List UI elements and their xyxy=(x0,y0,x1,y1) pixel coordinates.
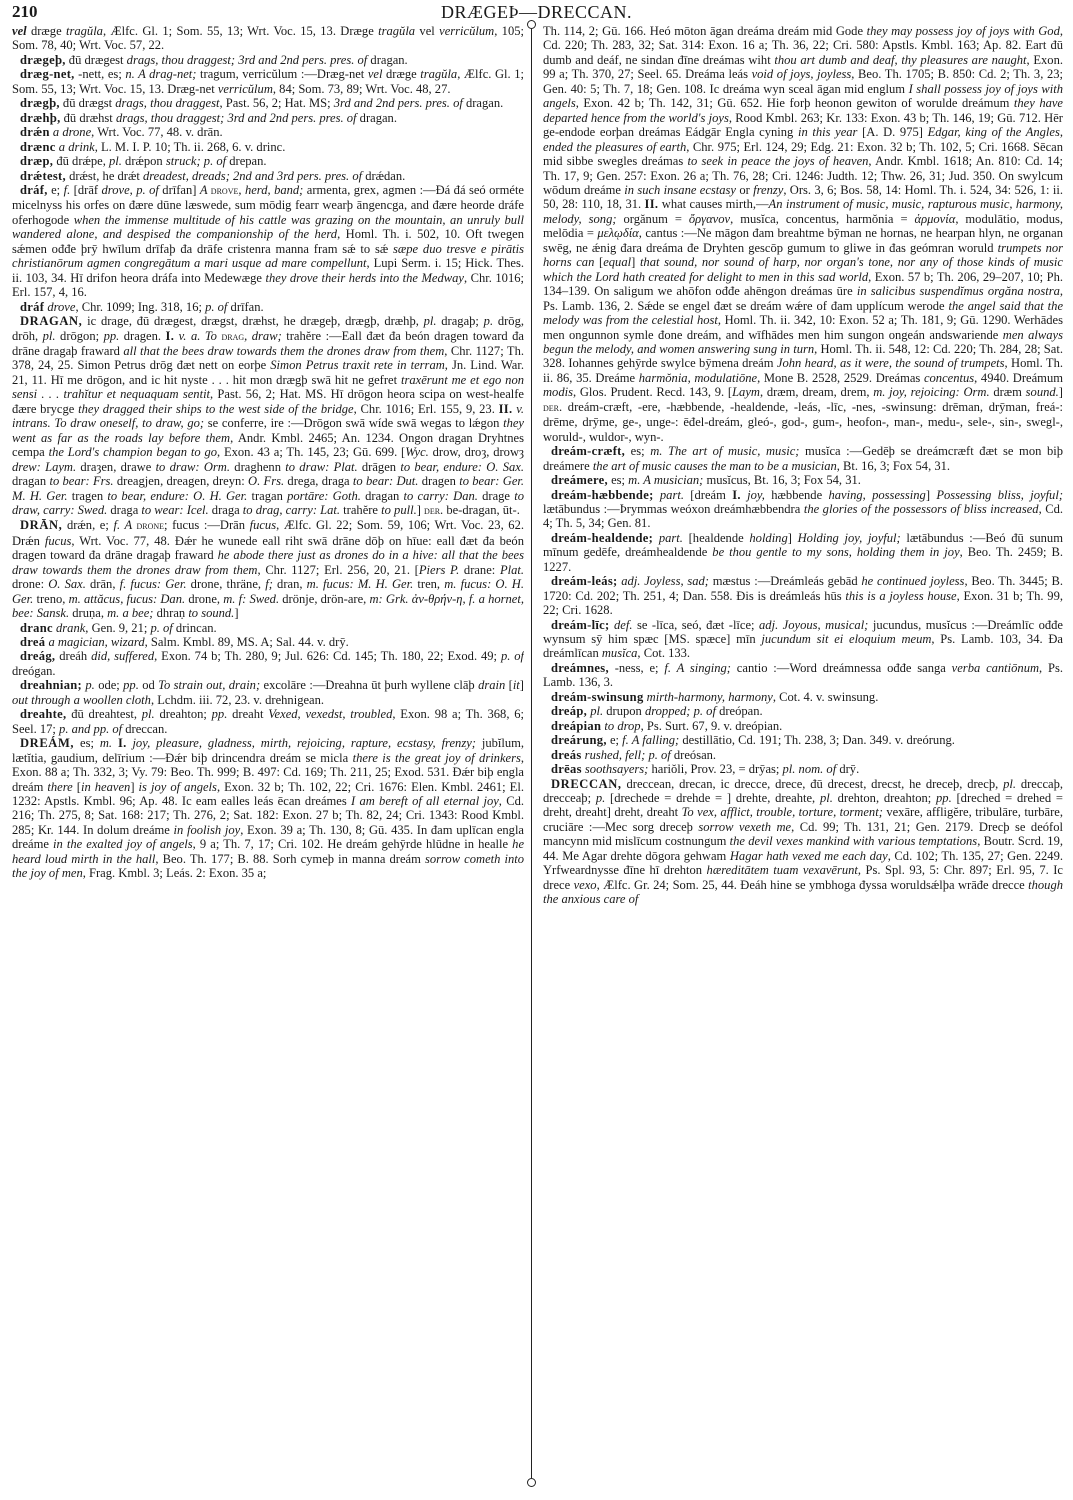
text: ] xyxy=(926,488,937,502)
dictionary-entry: dræp, đū drǽpe, pl. drǽpon struck; p. of… xyxy=(12,154,524,168)
italic-text: to pull. xyxy=(381,503,417,517)
italic-text: fucus xyxy=(250,518,277,532)
headword: dreám-līc; xyxy=(551,618,610,632)
italic-text: to bear, endure: O. H. Ger. xyxy=(107,489,247,503)
text: , Salm. Kmbl. 89, MS. A; Sal. 44. v. drȳ… xyxy=(145,635,349,649)
italic-text: to draw: Plat. xyxy=(285,460,357,474)
headword: dreápian xyxy=(551,719,601,733)
italic-text: Laym xyxy=(732,385,760,399)
text: -nett, es; xyxy=(75,67,126,81)
headword: dræg-net, xyxy=(20,67,75,81)
text: [A. D. 975] xyxy=(857,125,927,139)
italic-text: drew: Laym. xyxy=(12,460,76,474)
headword: dreá xyxy=(20,635,45,649)
text: drehton, dreahton; xyxy=(833,791,936,805)
headword: dráf xyxy=(20,300,44,314)
italic-text: portāre: Goth. xyxy=(287,489,361,503)
italic-text: part. xyxy=(653,531,683,545)
text: ; fucus :—Drān xyxy=(164,518,250,532)
dictionary-entry: dreáp, pl. drupon dropped; p. of dreópan… xyxy=(543,704,1063,718)
italic-text: dreadest, dreads; 2nd and 3rd pers. pres… xyxy=(143,169,362,183)
dictionary-entry: dreárung, e; f. A falling; destillātio, … xyxy=(543,733,1063,747)
italic-text: to bear: Dut. xyxy=(353,474,419,488)
headword: dranc xyxy=(20,621,53,635)
italic-text: to wear: Icel. xyxy=(141,503,208,517)
italic-text: drags, thou draggest xyxy=(115,96,219,110)
dictionary-entry: dreám-leás; adj. Joyless, sad; mæstus :—… xyxy=(543,574,1063,617)
text: , 84; Som. 73, 89; Wrt. Voc. 48, 27. xyxy=(273,82,451,96)
text: dran, xyxy=(273,577,307,591)
italic-text: holding xyxy=(749,531,787,545)
headword: dreahnian; xyxy=(20,678,82,692)
text: đū dræhst xyxy=(61,111,116,125)
dictionary-entry: dreám-cræft, es; m. The art of music, mu… xyxy=(543,444,1063,473)
italic-text: rushed, fell; p. of xyxy=(582,748,671,762)
text: ] xyxy=(520,678,524,692)
text: drupon xyxy=(603,704,645,718)
italic-text: f. A xyxy=(113,518,136,532)
dictionary-entry: dráf drove, Chr. 1099; Ing. 318, 16; p. … xyxy=(12,300,524,314)
italic-text: To vex, afflict, trouble, torture, torme… xyxy=(682,805,883,819)
italic-text: void of joys, joyless xyxy=(752,67,852,81)
text: destillātio, Cd. 191; Th. 238, 3; Dan. 3… xyxy=(679,733,955,747)
italic-text: p. xyxy=(596,791,605,805)
text: , L. M. I. P. 10; Th. ii. 268, 6. v. dri… xyxy=(95,140,286,154)
italic-text: a magician, wizard xyxy=(45,635,144,649)
headword: drǽtest, xyxy=(20,169,66,183)
text: , 4940. Dreámum xyxy=(974,371,1063,385)
text: , Ps. Surt. 67, 9. v. dreópian. xyxy=(641,719,783,733)
text: dragan. xyxy=(367,53,407,67)
italic-text: a drone xyxy=(50,125,91,139)
text: druṇa, xyxy=(69,606,107,620)
italic-text: pl. xyxy=(109,154,122,168)
text: dragen. xyxy=(119,329,165,343)
dictionary-entry: DRĀN, drǽn, e; f. A drone; fucus :—Drān … xyxy=(12,518,524,620)
headword: drægeþ, xyxy=(20,53,66,67)
text: dragaþ; xyxy=(437,314,484,328)
dictionary-entry: dreám-swinsung mirth-harmony, harmony, C… xyxy=(543,690,1063,704)
text: dhraṇ xyxy=(153,606,188,620)
text: , Ælfc. Gr. 24; Som. 25, 44. Đeáh hine s… xyxy=(597,878,1029,892)
small-caps-text: der xyxy=(424,505,440,517)
italic-text: m. A musician; xyxy=(628,473,703,487)
italic-text: drain xyxy=(478,678,505,692)
text: drow, droȝ, drowȝ xyxy=(429,445,524,459)
dictionary-entry: dráf, e; f. [drāf drove, p. of drīfan] A… xyxy=(12,183,524,300)
italic-text: Vexed, vexedst, troubled xyxy=(268,707,392,721)
text: drincan. xyxy=(173,621,217,635)
sense-number: I. xyxy=(732,488,741,502)
italic-text: in such insane ecstasy xyxy=(624,183,736,197)
italic-text: out through a woollen cloth xyxy=(12,693,151,707)
italic-text: to drop xyxy=(601,719,640,733)
dictionary-entry: drægeþ, đū drægest drags, thou draggest;… xyxy=(12,53,524,67)
text: ] xyxy=(234,606,238,620)
text: , Exon. 74 b; Th. 280, 9; Jul. 626: Cd. … xyxy=(154,649,501,663)
text: , Beo. Th. 177; B. 88. Sorh cymeþ in man… xyxy=(155,852,425,866)
italic-text: they drove their herds into the Medway xyxy=(266,271,465,285)
small-caps-text: drove xyxy=(211,185,239,197)
headword: dreág, xyxy=(20,649,55,663)
italic-text: thou art dumb and deaf, thy pleasures ar… xyxy=(774,53,1026,67)
left-column: vel dræge tragŭla, Ælfc. Gl. 1; Som. 55,… xyxy=(12,24,524,1484)
sense-number: I. xyxy=(118,736,127,750)
italic-text: they dragged their ships to the west sid… xyxy=(78,402,354,416)
text: drone, xyxy=(185,592,223,606)
italic-text: concentus xyxy=(924,371,974,385)
text: dreccean, drecan, ic drecce, drece, đū d… xyxy=(622,777,1003,791)
text: , Past. 56, 2; Hat. MS; xyxy=(219,96,333,110)
italic-text: hæreditātem tuam vexavērunt xyxy=(707,863,858,877)
text: [ xyxy=(73,780,81,794)
italic-text: f; xyxy=(265,577,273,591)
italic-text: To strain out, drain; xyxy=(158,678,260,692)
italic-text: to bear: Frs. xyxy=(49,474,113,488)
italic-text: p. of xyxy=(501,649,524,663)
italic-text: musĭca xyxy=(602,646,638,660)
dictionary-entry: DREÁM, es; m. I. joy, pleasure, gladness… xyxy=(12,736,524,881)
italic-text: they may possess joy of joys with God xyxy=(867,24,1060,38)
headword: dreám-healdende; xyxy=(551,531,653,545)
italic-text: the devil vexes mankind with various tem… xyxy=(730,834,978,848)
text: ] xyxy=(417,503,424,517)
italic-text: m. The art of music, music; xyxy=(650,444,799,458)
text: draga xyxy=(209,503,243,517)
text: lætābundus :—Þrymmas weóxon dreámhæbbend… xyxy=(543,502,804,516)
italic-text: there is the great joy of drinkers xyxy=(353,751,521,765)
italic-text: A xyxy=(200,183,211,197)
headword: dráf, xyxy=(20,183,48,197)
dictionary-entry: dreám-līc; def. se -līca, seó, đæt -līce… xyxy=(543,618,1063,661)
headword: drænc xyxy=(20,140,56,154)
italic-text: in this year xyxy=(798,125,857,139)
italic-text: Piers P. xyxy=(419,563,459,577)
text: , Chr. 1127; Erl. 256, 20, 21. [ xyxy=(257,563,418,577)
italic-text: pl. xyxy=(142,707,155,721)
column-divider-ornament-top xyxy=(527,20,536,29)
text: tragen xyxy=(68,489,108,503)
italic-text: m. a bee; xyxy=(107,606,153,620)
text: ic drage, đū drægest, drægst, dræhst, he… xyxy=(82,314,423,328)
italic-text: John heard, as it were, the sound of tru… xyxy=(777,356,1005,370)
italic-text: be thou gentle to my sons, holding them … xyxy=(712,545,959,559)
italic-text: drove xyxy=(44,300,75,314)
text: [dreám xyxy=(684,488,732,502)
text: dragan. xyxy=(463,96,503,110)
italic-text: is joy of angels xyxy=(139,780,217,794)
text: , Mone B. 2528, 2529. Dreámas xyxy=(757,371,924,385)
right-column: Th. 114, 2; Gū. 166. Heó mōton āgan dreá… xyxy=(543,24,1063,1484)
text: , Chr. 1016; Erl. 155, 9, 23. xyxy=(354,402,499,416)
italic-text: v. a. To xyxy=(174,329,221,343)
text: Th. 114, 2; Gū. 166. Heó mōton āgan dreá… xyxy=(543,24,867,38)
text: , Gen. 9, 21; xyxy=(85,621,150,635)
text: ode; xyxy=(95,678,123,692)
text: drān, xyxy=(86,577,120,591)
headword: dreámere, xyxy=(551,473,608,487)
headword: drēas xyxy=(551,762,582,776)
italic-text: struck; p. of xyxy=(166,154,226,168)
text: dragan. xyxy=(357,111,397,125)
dictionary-entry: dranc drank, Gen. 9, 21; p. of drincan. xyxy=(12,621,524,635)
text: dreópan. xyxy=(716,704,763,718)
text: excolāre :—Dreahna ūt þurh wyllene clāþ xyxy=(260,678,478,692)
headword: dreáp, xyxy=(551,704,587,718)
italic-text: pl. nom. of xyxy=(783,762,837,776)
italic-text: m. fucus: M. H. Ger. xyxy=(307,577,414,591)
dictionary-entry: dreám-healdende; part. [healdende holdin… xyxy=(543,531,1063,574)
italic-text: Possessing bliss, joyful; xyxy=(936,488,1063,502)
text: drāgen xyxy=(358,460,401,474)
italic-text: drags, thou draggest; 3rd and 2nd pers. … xyxy=(116,111,357,125)
headword: drægþ, xyxy=(20,96,60,110)
dictionary-entry: DRECCAN, dreccean, drecan, ic drecce, dr… xyxy=(543,777,1063,907)
text: , Ælfc. Gl. 1; Som. 55, 13; Wrt. Voc. 15… xyxy=(103,24,378,38)
italic-text: to draw: Orm. xyxy=(156,460,230,474)
text: tren, xyxy=(413,577,444,591)
text: se -līca, seó, đæt -līce; xyxy=(632,618,759,632)
text: đū drægest xyxy=(66,53,127,67)
text: , Exon. 43 a; Th. 145, 23; Gū. 699. [ xyxy=(217,445,405,459)
italic-text: pp. xyxy=(212,707,228,721)
italic-text: there xyxy=(47,780,72,794)
text: es; xyxy=(74,736,100,750)
dictionary-entry: drǽtest, drǽst, he drǽt dreadest, dreads… xyxy=(12,169,524,183)
italic-text: n. A drag-net; xyxy=(125,67,196,81)
text: hariŏli, Prov. 23, = drȳas; xyxy=(648,762,782,776)
text: es; xyxy=(625,444,650,458)
text: [healdende xyxy=(683,531,749,545)
text: od xyxy=(139,678,158,692)
italic-text: def. xyxy=(610,618,633,632)
headword: dreámnes, xyxy=(551,661,609,675)
small-caps-text: drone xyxy=(136,520,164,532)
text: drönje, drön-are, xyxy=(279,592,369,606)
text: drīfan. xyxy=(227,300,263,314)
italic-text: the glories of the possessors of bliss i… xyxy=(804,502,1039,516)
italic-text: ἁρμονία xyxy=(914,212,955,226)
dictionary-entry: DRAGAN, ic drage, đū drægest, drægst, dr… xyxy=(12,314,524,518)
text: orgănum = xyxy=(617,212,689,226)
text: drīfan] xyxy=(159,183,200,197)
text: drȳ. xyxy=(836,762,859,776)
text: cantio :—Word dreámnessa ođđe sanga xyxy=(731,661,952,675)
text: dræge xyxy=(382,67,420,81)
text: [drāf xyxy=(70,183,101,197)
text: tragum, verricŭlum :—Dræg-net xyxy=(196,67,367,81)
italic-text: fucus xyxy=(45,534,72,548)
text: đū drǽpe, xyxy=(53,154,109,168)
column-divider xyxy=(531,28,532,1478)
text: , Wrt. Voc. 77, 48. v. drān. xyxy=(91,125,222,139)
headword: dreás xyxy=(551,748,582,762)
italic-text: Hagar hath vexed me each day xyxy=(730,849,888,863)
text: , dræm, dream, drem, xyxy=(760,385,873,399)
text: -ness, e; xyxy=(609,661,664,675)
bold-italic-text: vel xyxy=(12,24,27,38)
text: dragen xyxy=(418,474,459,488)
headword: dreahte, xyxy=(20,707,66,721)
text: dreahton; xyxy=(155,707,212,721)
text: trahĕre xyxy=(340,503,381,517)
italic-text: pp. xyxy=(104,329,120,343)
text: , Bt. 16, 3; Fox 54, 31. xyxy=(837,459,950,473)
text: . dreám-cræft, -ere, -hæbbende, -healden… xyxy=(543,400,1063,444)
italic-text: Wyc. xyxy=(405,445,429,459)
text: es; xyxy=(608,473,628,487)
italic-text: pl. xyxy=(820,791,833,805)
text: drage xyxy=(478,489,514,503)
italic-text: joy, xyxy=(741,488,765,502)
text: , Cot. 4. v. swinsung. xyxy=(773,690,879,704)
text: drǽdan. xyxy=(362,169,405,183)
main-headword: DRAGAN, xyxy=(20,314,82,328)
italic-text: m: Grk. xyxy=(369,592,408,606)
italic-text: all that the bees draw towards them the … xyxy=(123,344,444,358)
text: ] xyxy=(631,255,640,269)
text: dreógan. xyxy=(12,664,56,678)
dictionary-entry: dreás rushed, fell; p. of dreósan. xyxy=(543,748,1063,762)
headword: dreám-leás; xyxy=(551,574,617,588)
italic-text: μελῳδία xyxy=(597,226,638,240)
text: [drechede = drehde = ] drehte, dreahte, xyxy=(605,791,820,805)
dictionary-entry: dreámnes, -ness, e; f. A singing; cantio… xyxy=(543,661,1063,690)
text: ] xyxy=(788,531,798,545)
text: mæstus :—Dreámleás gebād xyxy=(709,574,861,588)
text: đū dreahtest, xyxy=(66,707,141,721)
headword: dreám-hæbbende; xyxy=(551,488,654,502)
text: dragan xyxy=(361,489,404,503)
text: hæbbende xyxy=(765,488,829,502)
italic-text: tragŭla xyxy=(420,67,457,81)
italic-text: sorrow vexeth me xyxy=(698,820,791,834)
italic-text: f. fucus: Ger. xyxy=(120,577,187,591)
dictionary-entry: dreá a magician, wizard, Salm. Kmbl. 89,… xyxy=(12,635,524,649)
text: ] xyxy=(130,780,138,794)
italic-text: having, possessing xyxy=(829,488,926,502)
text: treno, xyxy=(33,592,68,606)
italic-text: it xyxy=(513,678,520,692)
text: drǽpon xyxy=(122,154,166,168)
italic-text: jucundum sit ei eloquium meum xyxy=(761,632,931,646)
sense-number: II. xyxy=(645,197,659,211)
italic-text: the art of music causes the man to be a … xyxy=(593,459,837,473)
text: [ xyxy=(505,678,513,692)
text: drǽst, he drǽt xyxy=(66,169,143,183)
italic-text: to bear, endure: O. Sax. xyxy=(400,460,524,474)
text: draga xyxy=(107,503,141,517)
italic-text: p. and pp. of xyxy=(59,722,122,736)
italic-text: to carry: Dan. xyxy=(404,489,478,503)
italic-text: p. of xyxy=(205,300,227,314)
text: drǽn, e; xyxy=(62,518,113,532)
text: dræm xyxy=(990,385,1026,399)
italic-text: verricŭlum xyxy=(218,82,273,96)
italic-text: f. A singing; xyxy=(664,661,731,675)
text: vel xyxy=(415,24,439,38)
italic-text: mirth-harmony, harmony xyxy=(644,690,773,704)
text: or xyxy=(736,183,753,197)
italic-text: in salicibus suspendĭmus orgăna nostra xyxy=(857,284,1060,298)
dictionary-entry: vel dræge tragŭla, Ælfc. Gl. 1; Som. 55,… xyxy=(12,24,524,53)
italic-text: to drag, carry: Lat. xyxy=(243,503,340,517)
text: dreccan. xyxy=(122,722,167,736)
dictionary-entry: dreám-hæbbende; part. [dreám I. joy, hæb… xyxy=(543,488,1063,531)
italic-text: Holding joy, joyful; xyxy=(798,531,901,545)
running-head: DRÆGEÞ—DRECCAN. xyxy=(0,2,1073,23)
italic-text: m. xyxy=(100,736,112,750)
italic-text: 3rd and 2nd pers. pres. of xyxy=(334,96,463,110)
italic-text: vexo xyxy=(574,878,597,892)
dictionary-entry: drǽn a drone, Wrt. Voc. 77, 48. v. drān. xyxy=(12,125,524,139)
italic-text: p. xyxy=(484,314,493,328)
italic-text: p. of xyxy=(150,621,172,635)
italic-text: in foolish joy xyxy=(174,823,241,837)
dictionary-entry: drægþ, đū drægst drags, thou draggest, P… xyxy=(12,96,524,110)
italic-text: sound. xyxy=(1026,385,1059,399)
italic-text: a drink xyxy=(56,140,95,154)
text: , musĭca, concentus, harmŏnia = xyxy=(730,212,914,226)
italic-text: modis xyxy=(543,385,573,399)
sense-number: I. xyxy=(166,329,175,343)
italic-text: m. attăcus, fucus: Dan. xyxy=(69,592,186,606)
dictionary-entry: dreahte, đū dreahtest, pl. dreahton; pp.… xyxy=(12,707,524,736)
headword: dreám-swinsung xyxy=(551,690,644,704)
text: dreósan. xyxy=(671,748,716,762)
italic-text: , draw; xyxy=(244,329,282,343)
italic-text: part. xyxy=(654,488,684,502)
dictionary-entry: dreahnian; p. ode; pp. od To strain out,… xyxy=(12,678,524,707)
italic-text: tragŭla xyxy=(378,24,415,38)
italic-text: adj. Joyous, musical; xyxy=(759,618,868,632)
italic-text: the Lord's champion began to go xyxy=(49,445,217,459)
text: drega, draga xyxy=(284,474,353,488)
text: , Lchdm. iii. 72, 23. v. drehnigean. xyxy=(151,693,324,707)
italic-text: verba cantiōnum xyxy=(952,661,1039,675)
italic-text: equal xyxy=(603,255,631,269)
headword: drǽn xyxy=(20,125,50,139)
italic-text: O. Frs. xyxy=(248,474,284,488)
italic-text: pp. xyxy=(936,791,952,805)
italic-text: in heaven xyxy=(81,780,130,794)
italic-text: I am bereft of all eternal joy xyxy=(351,794,499,808)
italic-text: joy, pleasure, gladness, mirth, rejoicin… xyxy=(127,736,476,750)
dictionary-entry: dræg-net, -nett, es; n. A drag-net; trag… xyxy=(12,67,524,96)
column-divider-ornament-bottom xyxy=(527,1478,536,1487)
dictionary-entry: drēas soothsayers; hariŏli, Prov. 23, = … xyxy=(543,762,1063,776)
text: dreáh xyxy=(55,649,91,663)
text: drane: xyxy=(459,563,500,577)
text: , Cot. 133. xyxy=(637,646,690,660)
italic-text: drags, thou draggest; 3rd and 2nd pers. … xyxy=(127,53,368,67)
text: drepan. xyxy=(226,154,266,168)
text: draȝen, drawe xyxy=(76,460,155,474)
italic-text: pl. xyxy=(1003,777,1016,791)
italic-text: m. f: Swed. xyxy=(223,592,279,606)
italic-text: he continued joyless xyxy=(861,574,964,588)
main-headword: DREÁM, xyxy=(20,736,74,750)
text: e; xyxy=(607,733,622,747)
italic-text: verricŭlum xyxy=(439,24,494,38)
text: drōgon; xyxy=(56,329,104,343)
dictionary-entry: Th. 114, 2; Gū. 166. Heó mōton āgan dreá… xyxy=(543,24,1063,444)
text: [ xyxy=(594,255,603,269)
dictionary-entry: dræhþ, đū dræhst drags, thou draggest; 3… xyxy=(12,111,524,125)
text: draghenn xyxy=(230,460,285,474)
small-caps-text: drag xyxy=(221,331,244,343)
main-headword: DRECCAN, xyxy=(551,777,622,791)
